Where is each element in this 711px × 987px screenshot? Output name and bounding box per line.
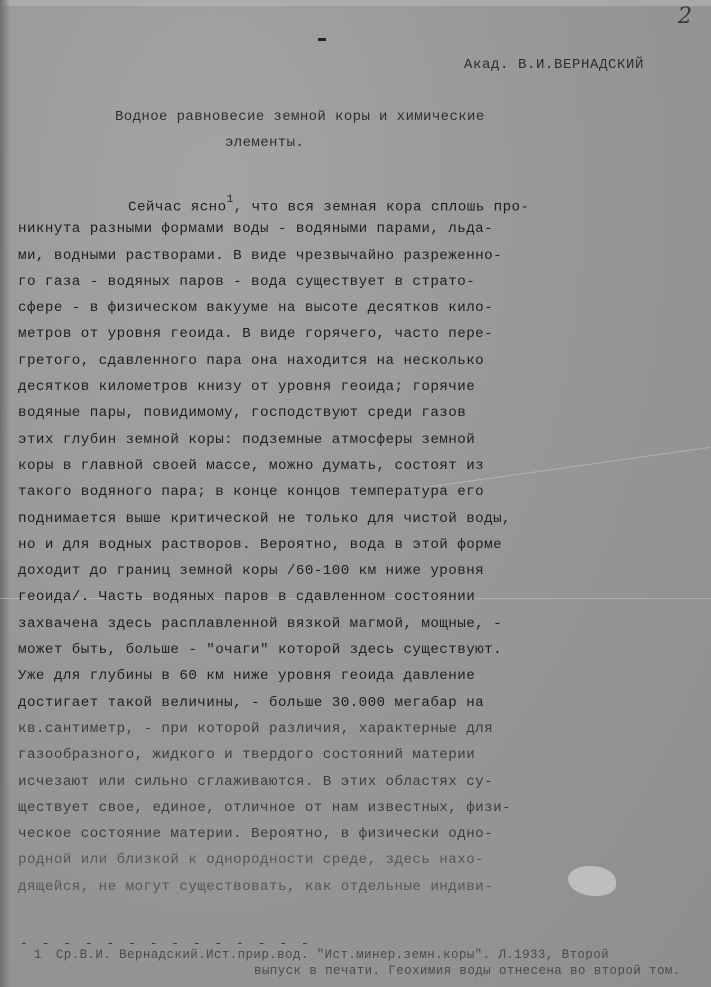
author-line: Акад. В.И.ВЕРНАДСКИЙ (464, 57, 644, 73)
footnote-number: 1 (34, 948, 42, 962)
body-line: гретого, сдавленного пара она находится … (18, 348, 538, 374)
document-title: Водное равновесие земной коры и химическ… (115, 104, 535, 156)
footnote-line-1: Ср.В.И. Вернадский.Ист.прир.вод. "Ист.ми… (56, 948, 609, 962)
body-text: Сейчас ясно1, что вся земная кора сплошь… (18, 190, 538, 900)
top-dash-mark (318, 38, 326, 41)
body-line: коры в главной своей массе, можно думать… (18, 453, 538, 479)
title-line-1: Водное равновесие земной коры и химическ… (115, 109, 485, 125)
paper-blot (568, 866, 616, 896)
body-line: геоида/. Часть водяных паров в сдавленно… (18, 584, 538, 610)
footnote: 1Ср.В.И. Вернадский.Ист.прир.вод. "Ист.м… (34, 947, 711, 979)
body-line: го газа - водяных паров - вода существуе… (18, 269, 538, 295)
body-line: поднимается выше критической не только д… (18, 506, 538, 532)
handwritten-page-number: 2 (678, 4, 692, 29)
body-line: но и для водных растворов. Вероятно, вод… (18, 532, 538, 558)
body-line: Уже для глубины в 60 км ниже уровня геои… (18, 663, 538, 689)
paper-left-shadow (0, 0, 10, 987)
body-line: метров от уровня геоида. В виде горячего… (18, 321, 538, 347)
body-line: газообразного, жидкого и твердого состоя… (18, 742, 538, 768)
body-line: доходит до границ земной коры /60-100 км… (18, 558, 538, 584)
body-line: ми, водными растворами. В виде чрезвычай… (18, 243, 538, 269)
body-line: исчезают или сильно сглаживаются. В этих… (18, 769, 538, 795)
body-line: этих глубин земной коры: подземные атмос… (18, 427, 538, 453)
body-line: кв.сантиметр, - при которой различия, ха… (18, 716, 538, 742)
body-line: водяные пары, повидимому, господствуют с… (18, 400, 538, 426)
scanned-typewritten-page: 2 Акад. В.И.ВЕРНАДСКИЙ Водное равновесие… (0, 0, 711, 987)
body-line: ществует свое, единое, отличное от нам и… (18, 795, 538, 821)
body-line: никнута разными формами воды - водяными … (18, 216, 538, 242)
body-line: дящейся, не могут существовать, как отде… (18, 874, 538, 900)
body-line: захвачена здесь расплавленной вязкой маг… (18, 611, 538, 637)
footnote-line-2: выпуск в печати. Геохимия воды отнесена … (34, 963, 711, 979)
body-line: Сейчас ясно1, что вся земная кора сплошь… (18, 190, 538, 216)
title-line-2: элементы. (115, 130, 535, 156)
paper-top-edge (0, 0, 711, 6)
body-line: десятков километров книзу от уровня геои… (18, 374, 538, 400)
body-line: ческое состояние материи. Вероятно, в фи… (18, 821, 538, 847)
body-line: такого водяного пара; в конце концов тем… (18, 479, 538, 505)
body-line: может быть, больше - "очаги" которой зде… (18, 637, 538, 663)
body-line: сфере - в физическом вакууме на высоте д… (18, 295, 538, 321)
footnote-reference: 1 (227, 194, 234, 206)
body-line: родной или близкой к однородности среде,… (18, 847, 538, 873)
body-line: достигает такой величины, - больше 30.00… (18, 690, 538, 716)
